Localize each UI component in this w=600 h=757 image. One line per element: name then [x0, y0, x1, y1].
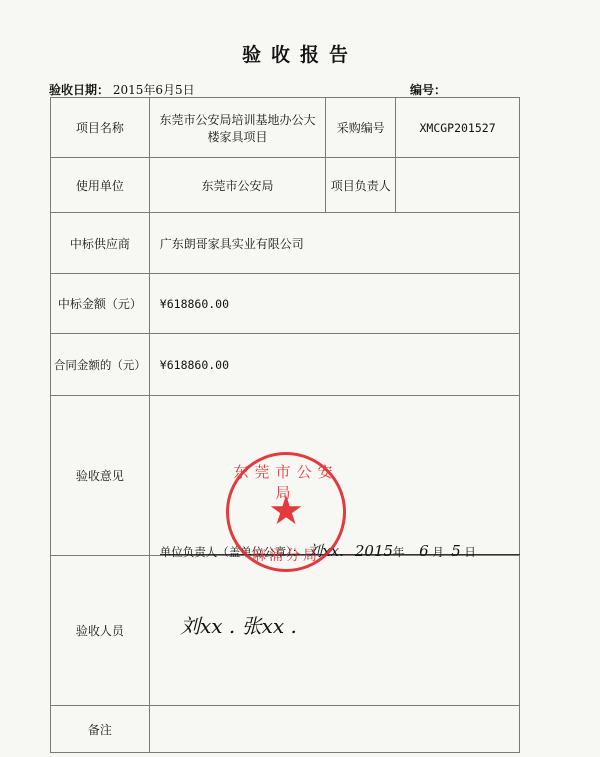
date-label: 验收日期： — [49, 83, 109, 97]
remarks-value — [149, 706, 519, 753]
supplier-label: 中标供应商 — [51, 213, 150, 274]
inspectors-signature: 刘xx . 张xx . — [180, 610, 297, 639]
contract-amount-label: 合同金额的（元） — [51, 334, 150, 396]
seal-bottom-text: 麻涌分局 — [229, 545, 343, 565]
page-title: 验收报告 — [0, 40, 600, 67]
day-suffix: 日 — [464, 545, 476, 559]
official-seal: 东莞市公安局 ★ 麻涌分局 — [226, 452, 346, 572]
bid-amount-value: ¥618860.00 — [149, 274, 519, 334]
inspectors-label: 验收人员 — [51, 556, 150, 706]
project-lead-label: 项目负责人 — [326, 158, 396, 213]
year-suffix: 年 — [393, 545, 405, 559]
opinion-day: 5 — [451, 542, 461, 560]
procurement-no-value: XMCGP201527 — [396, 98, 520, 158]
supplier-value: 广东朗哥家具实业有限公司 — [149, 213, 519, 274]
project-name-value: 东莞市公安局培训基地办公大楼家具项目 — [149, 98, 326, 158]
opinion-month: 6 — [419, 542, 429, 560]
procurement-no-label: 采购编号 — [326, 98, 396, 158]
acceptance-form-table: 项目名称 东莞市公安局培训基地办公大楼家具项目 采购编号 XMCGP201527… — [50, 97, 520, 753]
table-row: 中标供应商 广东朗哥家具实业有限公司 — [51, 213, 520, 274]
document-number: 编号： — [410, 81, 446, 98]
table-row: 项目名称 东莞市公安局培训基地办公大楼家具项目 采购编号 XMCGP201527 — [51, 98, 520, 158]
opinion-label: 验收意见 — [51, 396, 150, 556]
remarks-label: 备注 — [51, 706, 150, 753]
contract-amount-value: ¥618860.00 — [149, 334, 519, 396]
opinion-year: 2015 — [355, 542, 393, 560]
user-unit-label: 使用单位 — [51, 158, 150, 213]
user-unit-value: 东莞市公安局 — [149, 158, 326, 213]
table-row: 中标金额（元） ¥618860.00 — [51, 274, 520, 334]
acceptance-date: 验收日期： 2015年6月5日 — [49, 81, 195, 98]
star-icon: ★ — [229, 491, 343, 531]
table-row: 合同金额的（元） ¥618860.00 — [51, 334, 520, 396]
table-row: 备注 — [51, 706, 520, 753]
acceptance-report-page: 验收报告 验收日期： 2015年6月5日 编号： 项目名称 东莞市公安局培训基地… — [0, 0, 600, 757]
date-value: 2015年6月5日 — [113, 83, 195, 97]
bid-amount-label: 中标金额（元） — [51, 274, 150, 334]
month-suffix: 月 — [432, 545, 444, 559]
project-name-label: 项目名称 — [51, 98, 150, 158]
table-row: 使用单位 东莞市公安局 项目负责人 — [51, 158, 520, 213]
number-label: 编号： — [410, 83, 446, 97]
project-lead-value — [396, 158, 520, 213]
